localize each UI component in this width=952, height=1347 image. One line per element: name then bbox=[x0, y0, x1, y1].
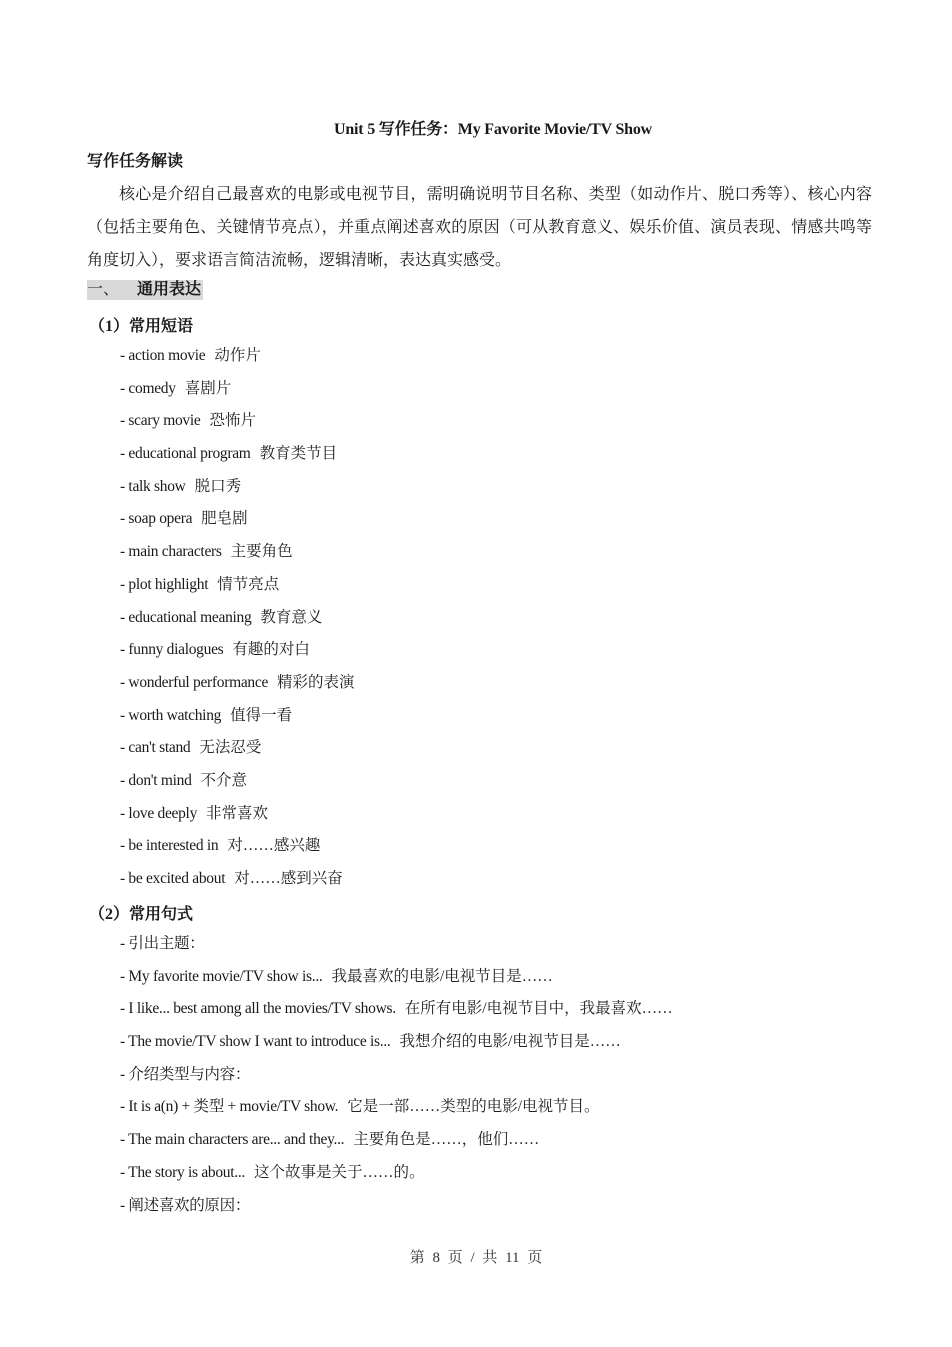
english-text: - I like... best among all the movies/TV… bbox=[120, 1000, 396, 1017]
sentence-item: - The movie/TV show I want to introduce … bbox=[120, 1031, 673, 1064]
chinese-translation: 恐怖片 bbox=[209, 412, 256, 429]
english-text: - scary movie bbox=[120, 412, 200, 429]
phrase-item: - comedy喜剧片 bbox=[120, 378, 355, 411]
phrase-item: - be excited about对……感到兴奋 bbox=[120, 868, 355, 901]
chinese-translation: 脱口秀 bbox=[195, 478, 242, 495]
english-text: - The main characters are... and they... bbox=[120, 1131, 344, 1148]
phrases-heading: （1）常用短语 bbox=[89, 313, 193, 336]
english-text: - The story is about... bbox=[120, 1164, 245, 1181]
phrase-item: - plot highlight情节亮点 bbox=[120, 574, 355, 607]
sentence-item: - My favorite movie/TV show is...我最喜欢的电影… bbox=[120, 966, 673, 999]
phrase-item: - be interested in对……感兴趣 bbox=[120, 835, 355, 868]
phrase-item: - main characters主要角色 bbox=[120, 541, 355, 574]
english-text: - It is a(n) + 类型 + movie/TV show. bbox=[120, 1098, 338, 1115]
english-text: - wonderful performance bbox=[120, 674, 268, 691]
english-text: - 阐述喜欢的原因： bbox=[120, 1197, 250, 1214]
phrase-item: - action movie动作片 bbox=[120, 345, 355, 378]
english-text: - educational meaning bbox=[120, 609, 251, 626]
phrase-item: - educational program教育类节目 bbox=[120, 443, 355, 476]
english-text: - be interested in bbox=[120, 837, 218, 854]
phrase-item: - scary movie恐怖片 bbox=[120, 410, 355, 443]
chinese-translation: 教育意义 bbox=[260, 609, 322, 626]
english-text: - talk show bbox=[120, 478, 186, 495]
sentences-list: - 引出主题：- My favorite movie/TV show is...… bbox=[120, 933, 673, 1227]
chinese-translation: 精彩的表演 bbox=[277, 674, 355, 691]
sentence-item: - 引出主题： bbox=[120, 933, 673, 966]
chinese-translation: 值得一看 bbox=[230, 707, 292, 724]
chinese-translation: 在所有电影/电视节目中，我最喜欢…… bbox=[405, 1000, 673, 1017]
chinese-translation: 我最喜欢的电影/电视节目是…… bbox=[331, 968, 552, 985]
chinese-translation: 动作片 bbox=[214, 347, 261, 364]
english-text: - comedy bbox=[120, 380, 176, 397]
english-text: - love deeply bbox=[120, 805, 197, 822]
english-text: - funny dialogues bbox=[120, 641, 223, 658]
english-text: - My favorite movie/TV show is... bbox=[120, 968, 322, 985]
english-text: - 介绍类型与内容： bbox=[120, 1066, 250, 1083]
english-text: - be excited about bbox=[120, 870, 225, 887]
document-page: Unit 5 写作任务：My Favorite Movie/TV Show 写作… bbox=[0, 0, 952, 1347]
chinese-translation: 主要角色 bbox=[231, 543, 293, 560]
chinese-translation: 喜剧片 bbox=[185, 380, 232, 397]
chinese-translation: 无法忍受 bbox=[199, 739, 261, 756]
sentence-item: - It is a(n) + 类型 + movie/TV show.它是一部……… bbox=[120, 1096, 673, 1129]
english-text: - don't mind bbox=[120, 772, 192, 789]
phrase-item: - soap opera肥皂剧 bbox=[120, 508, 355, 541]
english-text: - plot highlight bbox=[120, 576, 208, 593]
sentences-heading: （2）常用句式 bbox=[89, 901, 193, 924]
chinese-translation: 情节亮点 bbox=[217, 576, 279, 593]
chinese-translation: 主要角色是……，他们…… bbox=[353, 1131, 539, 1148]
sentence-item: - The main characters are... and they...… bbox=[120, 1129, 673, 1162]
chinese-translation: 它是一部……类型的电影/电视节目。 bbox=[347, 1098, 599, 1115]
sentence-item: - 介绍类型与内容： bbox=[120, 1064, 673, 1097]
chinese-translation: 教育类节目 bbox=[260, 445, 338, 462]
english-text: - 引出主题： bbox=[120, 935, 204, 952]
english-text: - worth watching bbox=[120, 707, 221, 724]
phrase-item: - wonderful performance精彩的表演 bbox=[120, 672, 355, 705]
section-heading-general-expressions: 一、通用表达 bbox=[87, 280, 203, 300]
page-number-footer: 第 8 页 / 共 11 页 bbox=[0, 1246, 952, 1267]
english-text: - can't stand bbox=[120, 739, 190, 756]
task-section-paragraph: 核心是介绍自己最喜欢的电影或电视节目，需明确说明节目名称、类型（如动作片、脱口秀… bbox=[87, 178, 872, 277]
english-text: - The movie/TV show I want to introduce … bbox=[120, 1033, 390, 1050]
phrase-item: - educational meaning教育意义 bbox=[120, 607, 355, 640]
task-section-label: 写作任务解读 bbox=[87, 148, 183, 171]
chinese-translation: 非常喜欢 bbox=[206, 805, 268, 822]
chinese-translation: 有趣的对白 bbox=[232, 641, 310, 658]
chinese-translation: 不介意 bbox=[201, 772, 248, 789]
english-text: - main characters bbox=[120, 543, 222, 560]
phrase-item: - funny dialogues有趣的对白 bbox=[120, 639, 355, 672]
english-text: - soap opera bbox=[120, 510, 192, 527]
chinese-translation: 对……感到兴奋 bbox=[234, 870, 343, 887]
english-text: - educational program bbox=[120, 445, 251, 462]
section-number: 一、 bbox=[87, 281, 119, 298]
phrase-item: - don't mind不介意 bbox=[120, 770, 355, 803]
document-title: Unit 5 写作任务：My Favorite Movie/TV Show bbox=[0, 116, 952, 139]
chinese-translation: 对……感兴趣 bbox=[227, 837, 320, 854]
sentence-item: - 阐述喜欢的原因： bbox=[120, 1195, 673, 1228]
phrase-item: - talk show脱口秀 bbox=[120, 476, 355, 509]
phrase-item: - can't stand无法忍受 bbox=[120, 737, 355, 770]
chinese-translation: 这个故事是关于……的。 bbox=[254, 1164, 425, 1181]
sentence-item: - The story is about...这个故事是关于……的。 bbox=[120, 1162, 673, 1195]
phrases-list: - action movie动作片- comedy喜剧片- scary movi… bbox=[120, 345, 355, 901]
section-title: 通用表达 bbox=[137, 281, 201, 298]
english-text: - action movie bbox=[120, 347, 205, 364]
chinese-translation: 肥皂剧 bbox=[201, 510, 248, 527]
phrase-item: - love deeply非常喜欢 bbox=[120, 803, 355, 836]
sentence-item: - I like... best among all the movies/TV… bbox=[120, 998, 673, 1031]
chinese-translation: 我想介绍的电影/电视节目是…… bbox=[399, 1033, 620, 1050]
phrase-item: - worth watching值得一看 bbox=[120, 705, 355, 738]
